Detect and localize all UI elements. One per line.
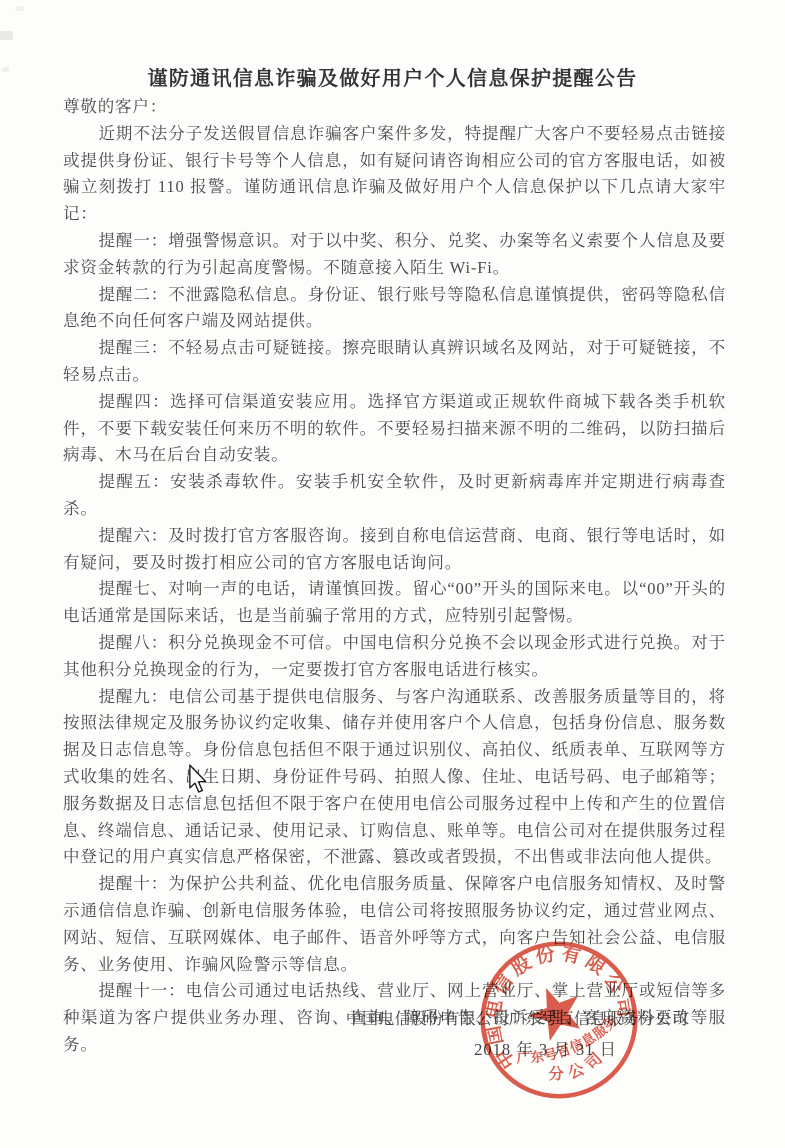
paragraph-reminder-9: 提醒九：电信公司基于提供电信服务、与客户沟通联系、改善服务质量等目的，将按照法律… <box>63 684 726 872</box>
paragraph-reminder-4: 提醒四：选择可信渠道安装应用。选择官方渠道或正规软件商城下载各类手机软件，不要下… <box>63 389 726 469</box>
paragraph-reminder-10: 提醒十：为保护公共利益、优化电信服务质量、保障客户电信服务知情权、及时警示通信信… <box>63 871 726 978</box>
paragraph-intro: 近期不法分子发送假冒信息诈骗客户案件多发，特提醒广大客户不要轻易点击链接或提供身… <box>63 121 726 228</box>
scan-artifact <box>0 31 13 40</box>
paragraph-reminder-6: 提醒六：及时拨打官方客服咨询。接到自称电信运营商、电商、银行等电话时，如有疑问，… <box>63 523 726 577</box>
paragraph-reminder-2: 提醒二：不泄露隐私信息。身份证、银行账号等隐私信息谨慎提供，密码等隐私信息绝不向… <box>63 282 726 336</box>
paragraph-reminder-7: 提醒七、对响一声的电话，请谨慎回拨。留心“00”开头的国际来电。以“00”开头的… <box>63 576 726 630</box>
signature-company: 中国电信股份有限公司广东号百信息服务分公司 <box>346 1006 688 1029</box>
salutation: 尊敬的客户： <box>63 94 726 121</box>
notice-body: 尊敬的客户： 近期不法分子发送假冒信息诈骗客户案件多发，特提醒广大客户不要轻易点… <box>63 94 726 1059</box>
scan-artifact <box>15 6 24 11</box>
paragraph-reminder-8: 提醒八：积分兑换现金不可信。中国电信积分兑换不会以现金形式进行兑换。对于其他积分… <box>63 630 726 684</box>
paragraph-reminder-5: 提醒五：安装杀毒软件。安装手机安全软件，及时更新病毒库并定期进行病毒查杀。 <box>63 469 726 523</box>
paragraph-reminder-3: 提醒三：不轻易点击可疑链接。擦亮眼睛认真辨识域名及网站，对于可疑链接，不轻易点击… <box>63 335 726 389</box>
notice-title: 谨防通讯信息诈骗及做好用户个人信息保护提醒公告 <box>0 62 785 91</box>
signature-date: 2018 年 3 月 31 日 <box>474 1036 617 1060</box>
scanned-notice-page: 谨防通讯信息诈骗及做好用户个人信息保护提醒公告 尊敬的客户： 近期不法分子发送假… <box>0 0 785 1148</box>
paragraph-reminder-1: 提醒一：增强警惕意识。对于以中奖、积分、兑奖、办案等名义索要个人信息及要求资金转… <box>63 228 726 282</box>
